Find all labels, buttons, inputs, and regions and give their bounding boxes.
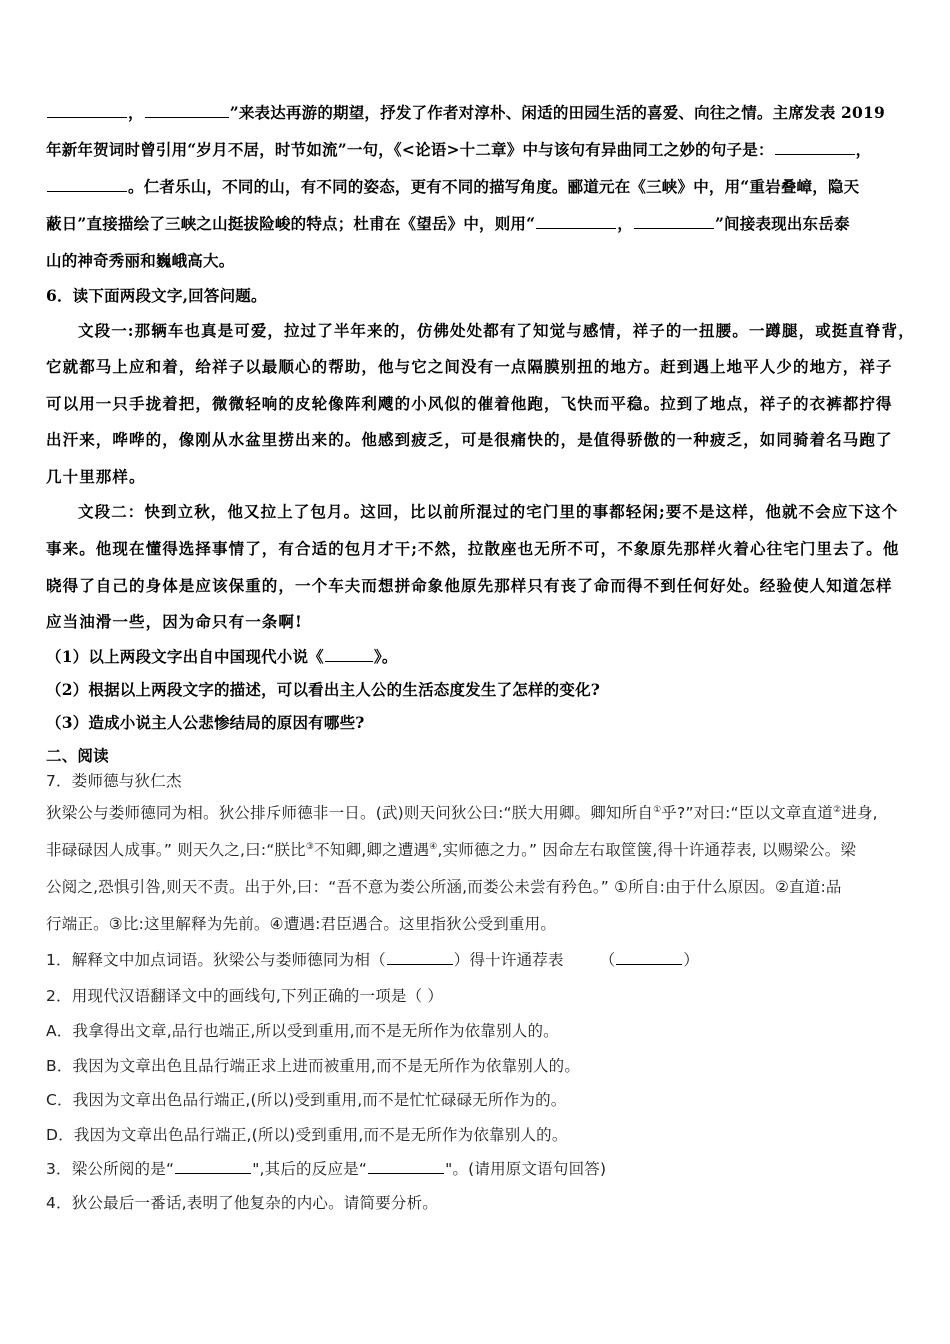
passage1-line: 可以用一只手拢着把，微微轻响的皮轮像阵利飕的小风似的催着他跑，飞快而平稳。拉到了… [46, 394, 893, 414]
passage2-line: 文段二：快到立秋，他又拉上了包月。这回，比以前所混过的宅门里的事都轻闲;要不是这… [78, 502, 898, 522]
answer-blank[interactable] [536, 214, 616, 229]
answer-blank[interactable] [145, 103, 229, 118]
answer-blank[interactable] [368, 1159, 444, 1174]
answer-blank[interactable] [47, 103, 127, 118]
answer-blank[interactable] [616, 950, 682, 965]
q6-sub1: （1）以上两段文字出自中国现代小说《》。 [46, 647, 398, 667]
answer-blank[interactable] [175, 1159, 251, 1174]
q7-text-line: 非碌碌因人成事。” 则天久之,曰:“朕比③不知卿,卿之遭遇④,实师德之力。” 因… [46, 840, 856, 860]
q7-sub1: 1．解释文中加点词语。狄梁公与娄师德同为相（）得十许通荐表（） [46, 950, 699, 970]
passage1-line: 文段一:那辆车也真是可爱，拉过了半年来的，仿佛处处都有了知觉与感情，祥子的一扭腰… [78, 321, 915, 341]
exam-page: ，”来表达再游的期望，抒发了作者对淳朴、闲适的田园生活的喜爱、向往之情。主席发表… [0, 0, 950, 1344]
answer-blank[interactable] [387, 950, 453, 965]
q7-text-line: 狄梁公与娄师德同为相。狄公排斥师德非一日。(武)则天问狄公曰:“朕大用卿。卿知所… [46, 803, 878, 823]
answer-blank[interactable] [634, 214, 714, 229]
answer-blank[interactable] [775, 140, 855, 155]
answer-blank[interactable] [47, 177, 127, 192]
passage1-line: 出汗来，哗哗的，像刚从水盆里捞出来的。他感到疲乏，可是很痛快的，是值得骄傲的一种… [46, 430, 893, 450]
q5-line-2: 年新年贺词时曾引用“岁月不居，时节如流”一句，《<论语>十二章》中与该句有异曲同… [46, 140, 871, 160]
q7-text-line: 公阅之,恐惧引咎,则天不责。出于外,曰：“吾不意为娄公所涵,而娄公未尝有矜色。”… [46, 877, 842, 897]
passage2-line: 应当油滑一些，因为命只有一条啊! [46, 612, 303, 632]
q7-sub2: 2．用现代汉语翻译文中的画线句,下列正确的一项是（ ） [46, 986, 443, 1006]
q7-text-line: 行端正。③比:这里解释为先前。④遭遇:君臣遇合。这里指狄公受到重用。 [46, 914, 556, 934]
passage2-line: 事来。他现在懂得选择事情了，有合适的包月才干;不然，拉散座也无所不可，不象原先那… [46, 539, 899, 559]
q5-line-3: 。仁者乐山，不同的山，有不同的姿态，更有不同的描写角度。郦道元在《三峡》中，用“… [46, 177, 859, 197]
q7-sub4: 4．狄公最后一番话,表明了他复杂的内心。请简要分析。 [46, 1193, 438, 1213]
q6-sub2: （2）根据以上两段文字的描述，可以看出主人公的生活态度发生了怎样的变化? [46, 680, 600, 700]
q5-line-4: 蔽日”直接描绘了三峡之山挺拔险峻的特点；杜甫在《望岳》中，则用“，”间接表现出东… [46, 214, 850, 234]
q6-title: 6．读下面两段文字,回答问题。 [46, 286, 267, 306]
passage1-line: 几十里那样。 [46, 467, 146, 487]
q5-line-1: ，”来表达再游的期望，抒发了作者对淳朴、闲适的田园生活的喜爱、向往之情。主席发表… [46, 103, 885, 123]
passage2-line: 晓得了自己的身体是应该保重的，一个车夫而想拼命象他原先那样只有丧了命而得不到任何… [46, 576, 893, 596]
option-b[interactable]: B．我因为文章出色且品行端正求上进而被重用,而不是无所作为依靠别人的。 [46, 1056, 580, 1076]
option-c[interactable]: C．我因为文章出色品行端正,(所以)受到重用,而不是忙忙碌碌无所作为的。 [46, 1090, 566, 1110]
q7-title: 7．娄师德与狄仁杰 [46, 771, 182, 791]
q6-sub3: （3）造成小说主人公悲惨结局的原因有哪些? [46, 713, 365, 733]
section-heading: 二、阅读 [46, 746, 109, 766]
q5-line-5: 山的神奇秀丽和巍峨高大。 [46, 251, 234, 271]
option-a[interactable]: A．我拿得出文章,品行也端正,所以受到重用,而不是无所作为依靠别人的。 [46, 1021, 559, 1041]
answer-blank[interactable] [325, 647, 373, 662]
option-d[interactable]: D．我因为文章出色品行端正,(所以)受到重用,而不是无所作为依靠别人的。 [46, 1125, 568, 1145]
q7-sub3: 3．梁公所阅的是“",其后的反应是“"。(请用原文语句回答) [46, 1159, 606, 1179]
passage1-line: 它就都马上应和着，给祥子以最顺心的帮助，他与它之间没有一点隔膜别扭的地方。赶到遇… [46, 357, 893, 377]
